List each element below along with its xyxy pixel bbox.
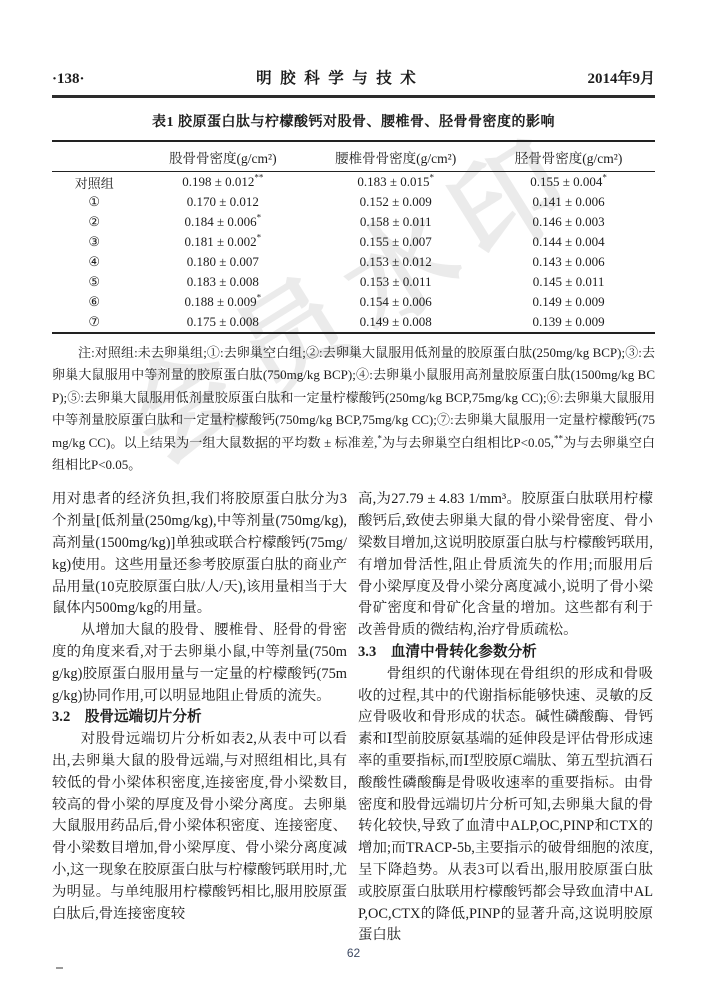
cell-value: 0.139 ± 0.009 [482, 312, 655, 333]
cell-value: 0.181 ± 0.002* [136, 232, 309, 252]
row-label: ⑦ [52, 312, 136, 333]
page-number: 62 [0, 946, 707, 960]
col-header-tibia: 胫骨骨密度(g/cm²) [482, 141, 655, 172]
row-label: ① [52, 192, 136, 212]
left-column: 用对患者的经济负担,我们将胶原蛋白肽分为3个剂量[低剂量(250mg/kg),中… [52, 489, 347, 947]
cell-value: 0.149 ± 0.008 [309, 312, 482, 333]
significance-mark: * [257, 233, 262, 243]
significance-mark: ** [554, 433, 563, 443]
cell-value: 0.155 ± 0.007 [309, 232, 482, 252]
right-column: 高,为27.79 ± 4.83 1/mm³。胶原蛋白肽联用柠檬酸钙后,致使去卵巢… [358, 489, 653, 947]
note-text: 为与去卵巢空白组相比P<0.05, [382, 435, 554, 450]
significance-mark: * [602, 173, 607, 183]
cell-value: 0.158 ± 0.011 [309, 212, 482, 232]
table-row: ① 0.170 ± 0.012 0.152 ± 0.009 0.141 ± 0.… [52, 192, 655, 212]
running-head: ·138· 明胶科学与技术 2014年9月 [52, 0, 655, 98]
row-label: ⑥ [52, 292, 136, 312]
cell-value: 0.170 ± 0.012 [136, 192, 309, 212]
scan-artifact-mark [56, 967, 63, 969]
paragraph: 从增加大鼠的股骨、腰椎骨、胫骨的骨密度的角度来看,对于去卵巢小鼠,中等剂量(75… [52, 620, 347, 707]
bmd-table: 股骨骨密度(g/cm²) 腰椎骨骨密度(g/cm²) 胫骨骨密度(g/cm²) … [52, 140, 655, 334]
cell-value: 0.143 ± 0.006 [482, 252, 655, 272]
cell-value: 0.145 ± 0.011 [482, 272, 655, 292]
cell-value: 0.180 ± 0.007 [136, 252, 309, 272]
journal-title: 明胶科学与技术 [248, 66, 425, 88]
section-heading-3-3: 3.3 血清中骨转化参数分析 [358, 642, 653, 664]
cell-value: 0.188 ± 0.009* [136, 292, 309, 312]
table-row: ⑥ 0.188 ± 0.009* 0.154 ± 0.006 0.149 ± 0… [52, 292, 655, 312]
cell-value: 0.153 ± 0.012 [309, 252, 482, 272]
table-row: ④ 0.180 ± 0.007 0.153 ± 0.012 0.143 ± 0.… [52, 252, 655, 272]
cell-value: 0.152 ± 0.009 [309, 192, 482, 212]
cell-value: 0.146 ± 0.003 [482, 212, 655, 232]
cell-value: 0.144 ± 0.004 [482, 232, 655, 252]
table-row: 对照组 0.198 ± 0.012** 0.183 ± 0.015* 0.155… [52, 172, 655, 193]
table-note: 注:对照组:未去卵巢组;①:去卵巢空白组;②:去卵巢大鼠服用低剂量的胶原蛋白肽(… [52, 342, 655, 476]
col-header-femur: 股骨骨密度(g/cm²) [136, 141, 309, 172]
paragraph: 对股骨远端切片分析如表2,从表中可以看出,去卵巢大鼠的股骨远端,与对照组相比,具… [52, 729, 347, 925]
row-label: ② [52, 212, 136, 232]
table-header-row: 股骨骨密度(g/cm²) 腰椎骨骨密度(g/cm²) 胫骨骨密度(g/cm²) [52, 141, 655, 172]
paragraph: 骨组织的代谢体现在骨组织的形成和骨吸收的过程,其中的代谢指标能够快速、灵敏的反应… [358, 664, 653, 947]
row-label: 对照组 [52, 172, 136, 193]
cell-value: 0.155 ± 0.004* [482, 172, 655, 193]
col-header-empty [52, 141, 136, 172]
body-columns: 用对患者的经济负担,我们将胶原蛋白肽分为3个剂量[低剂量(250mg/kg),中… [52, 489, 655, 947]
cell-value: 0.184 ± 0.006* [136, 212, 309, 232]
table-row: ⑤ 0.183 ± 0.008 0.153 ± 0.011 0.145 ± 0.… [52, 272, 655, 292]
page-label: ·138· [52, 71, 85, 88]
cell-value: 0.183 ± 0.008 [136, 272, 309, 292]
significance-mark: * [257, 293, 262, 303]
paragraph: 用对患者的经济负担,我们将胶原蛋白肽分为3个剂量[低剂量(250mg/kg),中… [52, 489, 347, 620]
table-row: ③ 0.181 ± 0.002* 0.155 ± 0.007 0.144 ± 0… [52, 232, 655, 252]
cell-value: 0.149 ± 0.009 [482, 292, 655, 312]
significance-mark: * [257, 213, 262, 223]
row-label: ③ [52, 232, 136, 252]
cell-value: 0.153 ± 0.011 [309, 272, 482, 292]
paper-page: ·138· 明胶科学与技术 2014年9月 表1 胶原蛋白肽与柠檬酸钙对股骨、腰… [0, 0, 707, 947]
section-heading-3-2: 3.2 股骨远端切片分析 [52, 707, 347, 729]
issue-date: 2014年9月 [587, 67, 655, 88]
cell-value: 0.175 ± 0.008 [136, 312, 309, 333]
cell-value: 0.141 ± 0.006 [482, 192, 655, 212]
row-label: ⑤ [52, 272, 136, 292]
row-label: ④ [52, 252, 136, 272]
table-title: 表1 胶原蛋白肽与柠檬酸钙对股骨、腰椎骨、胫骨骨密度的影响 [52, 111, 655, 131]
significance-mark: * [430, 173, 435, 183]
col-header-lumbar: 腰椎骨骨密度(g/cm²) [309, 141, 482, 172]
cell-value: 0.183 ± 0.015* [309, 172, 482, 193]
significance-mark: ** [254, 173, 263, 183]
table-row: ⑦ 0.175 ± 0.008 0.149 ± 0.008 0.139 ± 0.… [52, 312, 655, 333]
paragraph: 高,为27.79 ± 4.83 1/mm³。胶原蛋白肽联用柠檬酸钙后,致使去卵巢… [358, 489, 653, 642]
cell-value: 0.198 ± 0.012** [136, 172, 309, 193]
table-row: ② 0.184 ± 0.006* 0.158 ± 0.011 0.146 ± 0… [52, 212, 655, 232]
cell-value: 0.154 ± 0.006 [309, 292, 482, 312]
